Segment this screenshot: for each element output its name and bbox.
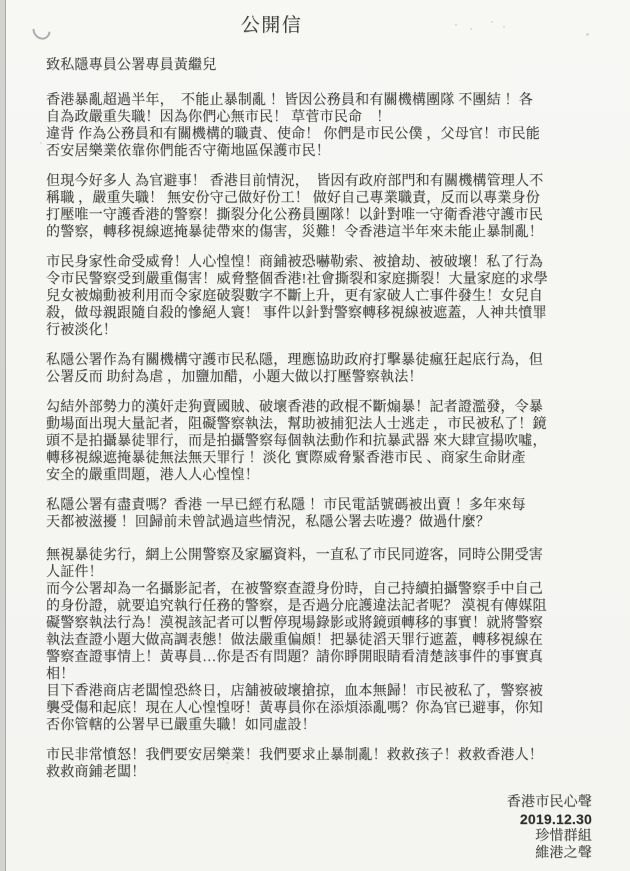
- letter-paragraph-4: 私隱公署作為有關機構守護市民私隱，理應協助政府打擊暴徒瘋狂起底行為，但 公署反而…: [46, 352, 592, 386]
- letter-paragraph-2: 但現今好多人 為官避事！ 香港目前情況， 皆因有政府部門和有關機構管理人不 稱職…: [46, 173, 592, 241]
- signature-group-name: 珍惜群組: [46, 828, 592, 845]
- signature-group-name-2: 維港之聲: [46, 845, 592, 862]
- letter-paragraph-7: 無視暴徒劣行，網上公開警察及家屬資料，一直私了市民同遊客，同時公開受害 人証件！…: [46, 547, 592, 734]
- letter-paragraph-6: 私隱公署有盡責嗎？香港 一早已經冇私隱 ！市民電話號碼被出賣 ！多年來每 天都被…: [46, 497, 592, 531]
- letter-salutation: 致私隱專員公署專員黃繼兒: [46, 57, 592, 74]
- scan-speckle: [40, 142, 42, 144]
- letter-paragraph-1: 香港暴亂超過半年， 不能止暴制亂 ！皆因公務員和有關機構團隊 不團結 ！各 自為…: [46, 92, 592, 160]
- scan-edge-strip: [0, 0, 6, 871]
- letter-content: 公開信 致私隱專員公署專員黃繼兒 香港暴亂超過半年， 不能止暴制亂 ！皆因公務員…: [46, 13, 592, 862]
- scanned-letter-page: 公開信 致私隱專員公署專員黃繼兒 香港暴亂超過半年， 不能止暴制亂 ！皆因公務員…: [0, 0, 630, 871]
- signature-sender: 香港市民心聲: [46, 794, 592, 811]
- signature-block: 香港市民心聲 2019.12.30 珍惜群組 維港之聲: [46, 794, 592, 862]
- letter-paragraph-3: 市民身家性命受威脅！人心惶惶！商鋪被恐嚇勒索、被搶劫、被破壞！私了行為 令市民警…: [46, 254, 592, 339]
- signature-date: 2019.12.30: [46, 811, 592, 828]
- letter-title: 公開信: [46, 13, 497, 39]
- letter-paragraph-8: 市民非常憤怒！我們要安居樂業！我們要求止暴制亂！救救孩子！救救香港人！ 救救商鋪…: [46, 747, 592, 781]
- letter-paragraph-5: 勾結外部勢力的漢奸走狗賣國賊、破壞香港的政棍不斷煽暴！記者證濫發，令暴 動場面出…: [46, 399, 592, 484]
